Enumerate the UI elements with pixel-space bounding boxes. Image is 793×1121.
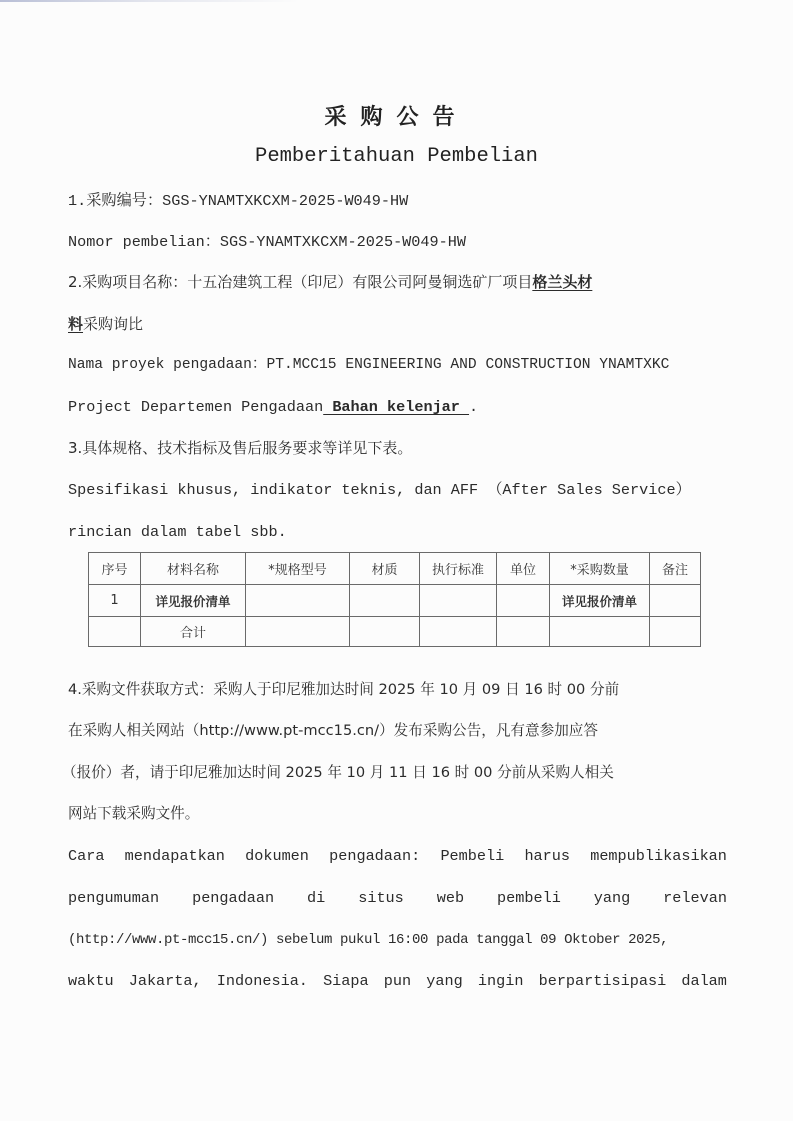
section2-cn-line1: 2.采购项目名称：十五冶建筑工程（印尼）有限公司阿曼铜选矿厂项目格兰头材 bbox=[68, 272, 592, 292]
header-cell-no: 序号 bbox=[89, 553, 141, 585]
section4-id-line4: waktu Jakarta, Indonesia. Siapa pun yang… bbox=[68, 971, 727, 991]
word: dalam bbox=[681, 971, 727, 991]
word: mendapatkan bbox=[125, 846, 225, 866]
section4-cn-line4: 网站下载采购文件。 bbox=[68, 804, 199, 824]
table-cell bbox=[497, 617, 550, 647]
section2-id-highlight: Bahan kelenjar bbox=[323, 398, 469, 416]
word: waktu bbox=[68, 971, 114, 991]
table-cell bbox=[246, 617, 350, 647]
section4-id-line2: pengumuman pengadaan di situs web pembel… bbox=[68, 888, 727, 908]
section2-cn-highlight-2: 料 bbox=[68, 315, 83, 333]
header-cell-standard: 执行标准 bbox=[420, 553, 497, 585]
section1-cn: 1.采购编号：SGS-YNAMTXKCXM-2025-W049-HW bbox=[68, 191, 408, 211]
header-cell-unit: 单位 bbox=[497, 553, 550, 585]
word: yang bbox=[594, 888, 630, 908]
document-page: 采购公告 Pemberitahuan Pembelian 1.采购编号：SGS-… bbox=[0, 0, 793, 1121]
table-cell bbox=[650, 617, 701, 647]
table-cell: 详见报价清单 bbox=[550, 585, 650, 617]
word: pembeli bbox=[497, 888, 561, 908]
section4-cn-line1: 4.采购文件获取方式：采购人于印尼雅加达时间 2025 年 10 月 09 日 … bbox=[68, 680, 619, 700]
table-cell: 详见报价清单 bbox=[141, 585, 246, 617]
table-cell bbox=[89, 617, 141, 647]
table-row: 1 详见报价清单 详见报价清单 bbox=[89, 585, 701, 617]
word: Cara bbox=[68, 846, 104, 866]
word: pengumuman bbox=[68, 888, 159, 908]
table-cell bbox=[246, 585, 350, 617]
section2-id-line2: Project Departemen Pengadaan Bahan kelen… bbox=[68, 397, 478, 417]
table-cell bbox=[650, 585, 701, 617]
word: yang bbox=[426, 971, 462, 991]
word: Indonesia. bbox=[217, 971, 308, 991]
header-cell-remarks: 备注 bbox=[650, 553, 701, 585]
word: pun bbox=[384, 971, 411, 991]
table-cell: 1 bbox=[89, 585, 141, 617]
table-cell bbox=[497, 585, 550, 617]
word: Siapa bbox=[323, 971, 369, 991]
header-cell-spec: *规格型号 bbox=[246, 553, 350, 585]
section2-id-suffix: . bbox=[469, 398, 478, 416]
word: relevan bbox=[663, 888, 727, 908]
table-cell bbox=[420, 617, 497, 647]
section2-id-prefix: Project Departemen Pengadaan bbox=[68, 398, 323, 416]
table-cell bbox=[350, 617, 420, 647]
section4-id-line3: (http://www.pt-mcc15.cn/) sebelum pukul … bbox=[68, 930, 668, 950]
header-cell-material: 材质 bbox=[350, 553, 420, 585]
title-indonesian: Pemberitahuan Pembelian bbox=[0, 145, 793, 168]
header-cell-material-name: 材料名称 bbox=[141, 553, 246, 585]
section3-id-line2: rincian dalam tabel sbb. bbox=[68, 522, 287, 542]
title-chinese: 采购公告 bbox=[0, 100, 793, 131]
section2-id-line1: Nama proyek pengadaan：PT.MCC15 ENGINEERI… bbox=[68, 355, 669, 375]
section2-cn-highlight-1: 格兰头材 bbox=[532, 273, 592, 291]
word: pengadaan bbox=[192, 888, 274, 908]
table-cell: 合计 bbox=[141, 617, 246, 647]
word: mempublikasikan bbox=[590, 846, 727, 866]
table-cell bbox=[550, 617, 650, 647]
table-cell bbox=[350, 585, 420, 617]
section2-cn-suffix: 采购询比 bbox=[83, 315, 143, 333]
section1-id: Nomor pembelian：SGS-YNAMTXKCXM-2025-W049… bbox=[68, 232, 466, 252]
word: Pembeli bbox=[440, 846, 504, 866]
section3-id-line1: Spesifikasi khusus, indikator teknis, da… bbox=[68, 480, 691, 500]
word: Jakarta, bbox=[129, 971, 202, 991]
section4-cn-line2: 在采购人相关网站（http://www.pt-mcc15.cn/）发布采购公告，… bbox=[68, 721, 598, 741]
table-cell bbox=[420, 585, 497, 617]
table-total-row: 合计 bbox=[89, 617, 701, 647]
section3-cn: 3.具体规格、技术指标及售后服务要求等详见下表。 bbox=[68, 438, 412, 458]
word: berpartisipasi bbox=[539, 971, 667, 991]
word: web bbox=[437, 888, 464, 908]
section2-cn-prefix: 2.采购项目名称：十五冶建筑工程（印尼）有限公司阿曼铜选矿厂项目 bbox=[68, 273, 532, 291]
word: situs bbox=[358, 888, 404, 908]
section2-cn-line2: 料采购询比 bbox=[68, 314, 143, 334]
word: pengadaan: bbox=[329, 846, 420, 866]
word: dokumen bbox=[245, 846, 309, 866]
section4-cn-line3: （报价）者，请于印尼雅加达时间 2025 年 10 月 11 日 16 时 00… bbox=[62, 763, 614, 783]
word: di bbox=[307, 888, 325, 908]
word: harus bbox=[524, 846, 570, 866]
header-cell-quantity: *采购数量 bbox=[550, 553, 650, 585]
section4-id-line1: Cara mendapatkan dokumen pengadaan: Pemb… bbox=[68, 846, 727, 866]
table-header-row: 序号 材料名称 *规格型号 材质 执行标准 单位 *采购数量 备注 bbox=[89, 553, 701, 585]
spec-table: 序号 材料名称 *规格型号 材质 执行标准 单位 *采购数量 备注 1 详见报价… bbox=[88, 552, 701, 647]
word: ingin bbox=[478, 971, 524, 991]
